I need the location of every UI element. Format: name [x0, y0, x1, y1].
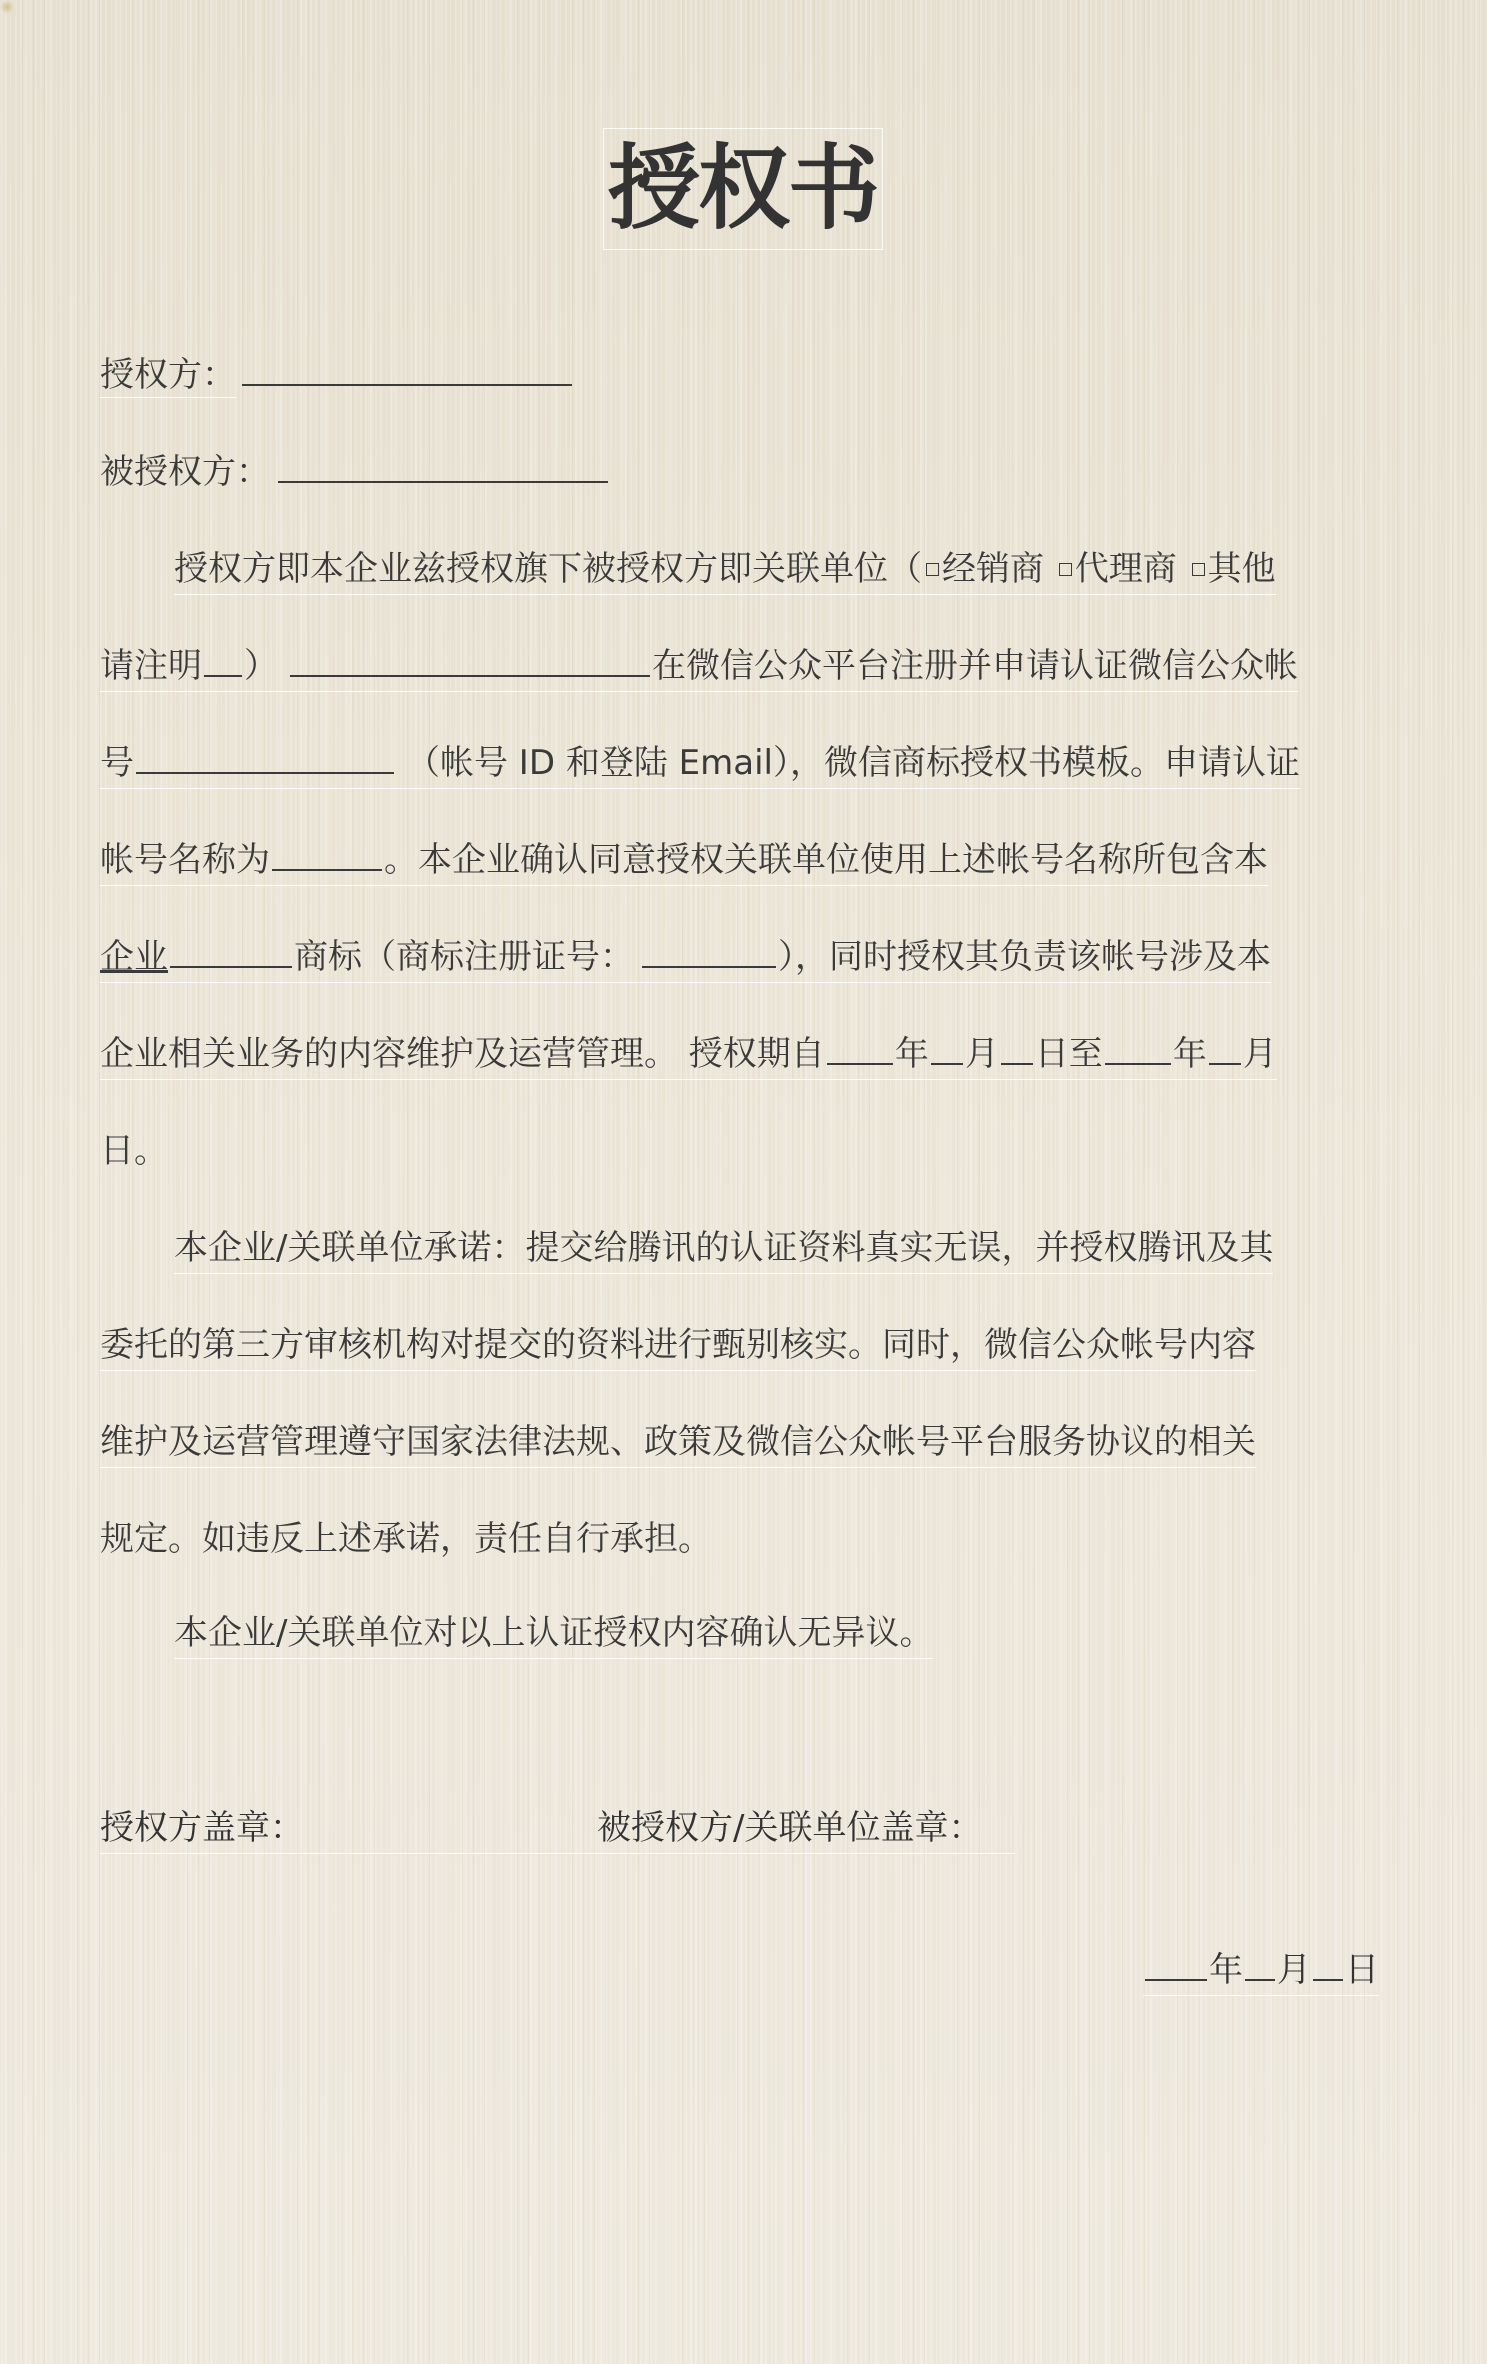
p1-line2-text-c: 在微信公众平台注册并申请认证微信公众帐 [652, 646, 1298, 686]
grantor-stamp-label: 授权方盖章： [100, 1808, 304, 1848]
checkbox-distributor[interactable] [926, 563, 939, 576]
checkbox-agent[interactable] [1059, 563, 1072, 576]
grantee-stamp-label: 被授权方/关联单位盖章： [597, 1805, 982, 1851]
p1-line5: 企业商标（商标注册证号：），同时授权其负责该帐号涉及本 [100, 934, 1271, 983]
grantee-blank[interactable] [278, 449, 608, 483]
sign-month-blank[interactable] [1245, 1947, 1275, 1981]
p1-line5-text-a: 企业 [100, 937, 168, 977]
checkbox-other[interactable] [1192, 563, 1205, 576]
end-year-label: 年 [1173, 1034, 1207, 1074]
p1-line6: 企业相关业务的内容维护及运营管理。 授权期自年月日至年月 [100, 1031, 1277, 1080]
p1-line2-text-b: ） [244, 646, 278, 686]
grantor-field-row: 授权方： [100, 352, 574, 398]
grantor-blank[interactable] [242, 352, 572, 386]
start-month-blank[interactable] [931, 1031, 963, 1065]
p1-line4: 帐号名称为。本企业确认同意授权关联单位使用上述帐号名称所包含本 [100, 837, 1268, 886]
p1-line7-text: 日。 [100, 1131, 168, 1171]
p1-line5-text-b: 商标（商标注册证号： [294, 937, 634, 977]
p1-line5-text-c: ），同时授权其负责该帐号涉及本 [778, 937, 1271, 977]
start-month-label: 月 [965, 1034, 999, 1074]
p2-line4: 规定。如违反上述承诺，责任自行承担。 [100, 1516, 712, 1562]
account-name-blank[interactable] [272, 837, 382, 871]
sign-day-label: 日 [1345, 1950, 1379, 1990]
p1-line2: 请注明）在微信公众平台注册并申请认证微信公众帐 [100, 643, 1298, 692]
start-year-label: 年 [895, 1034, 929, 1074]
p1-line3-text-a: 号 [100, 743, 134, 783]
sign-day-blank[interactable] [1313, 1947, 1343, 1981]
p1-line3: 号（帐号 ID 和登陆 Email），微信商标授权书模板。申请认证 [100, 740, 1300, 789]
signature-date-row: 年月日 [1143, 1947, 1379, 1996]
account-blank[interactable] [136, 740, 394, 774]
p1-line4-text-b: 。本企业确认同意授权关联单位使用上述帐号名称所包含本 [384, 840, 1268, 880]
document-title: 授权书 [603, 128, 883, 250]
p2-line1: 本企业/关联单位承诺：提交给腾讯的认证资料真实无误，并授权腾讯及其 [174, 1225, 1273, 1274]
p2-line3: 维护及运营管理遵守国家法律法规、政策及微信公众帐号平台服务协议的相关 [100, 1419, 1256, 1468]
related-unit-blank[interactable] [290, 643, 650, 677]
sign-month-label: 月 [1277, 1950, 1311, 1990]
start-day-label: 日至 [1035, 1034, 1103, 1074]
end-year-blank[interactable] [1105, 1031, 1171, 1065]
p3-line1: 本企业/关联单位对以上认证授权内容确认无异议。 [174, 1610, 933, 1659]
authorization-letter-page: 授权书 授权方： 被授权方： 授权方即本企业兹授权旗下被授权方即关联单位（经销商… [0, 0, 1487, 2364]
start-day-blank[interactable] [1001, 1031, 1033, 1065]
p1-line1: 授权方即本企业兹授权旗下被授权方即关联单位（经销商 代理商 其他 [174, 546, 1276, 595]
p1-line4-text-a: 帐号名称为 [100, 840, 270, 880]
sign-year-blank[interactable] [1145, 1947, 1207, 1981]
end-month-label: 月 [1243, 1034, 1277, 1074]
trademark-blank[interactable] [170, 934, 292, 968]
end-month-blank[interactable] [1209, 1031, 1241, 1065]
corner-stain [0, 0, 14, 14]
p1-line6-text-a: 企业相关业务的内容维护及运营管理。 授权期自 [100, 1034, 825, 1074]
option-distributor-label: 经销商 [942, 549, 1044, 589]
other-specify-blank[interactable] [204, 643, 242, 677]
grantee-field-row: 被授权方： [100, 449, 610, 495]
p1-line7: 日。 [100, 1128, 168, 1174]
sign-year-label: 年 [1209, 1950, 1243, 1990]
start-year-blank[interactable] [827, 1031, 893, 1065]
grantor-label: 授权方： [100, 355, 236, 398]
p2-line2: 委托的第三方审核机构对提交的资料进行甄别核实。同时，微信公众帐号内容 [100, 1322, 1256, 1371]
signature-row: 授权方盖章： 被授权方/关联单位盖章： [100, 1805, 1015, 1854]
option-agent-label: 代理商 [1075, 549, 1177, 589]
option-other-label: 其他 [1208, 549, 1276, 589]
p1-line2-text-a: 请注明 [100, 646, 202, 686]
p1-line3-text-b: （帐号 ID 和登陆 Email），微信商标授权书模板。申请认证 [406, 743, 1300, 783]
trademark-cert-no-blank[interactable] [642, 934, 776, 968]
grantee-label: 被授权方： [100, 452, 270, 492]
p1-line1-text: 授权方即本企业兹授权旗下被授权方即关联单位（ [174, 549, 922, 589]
